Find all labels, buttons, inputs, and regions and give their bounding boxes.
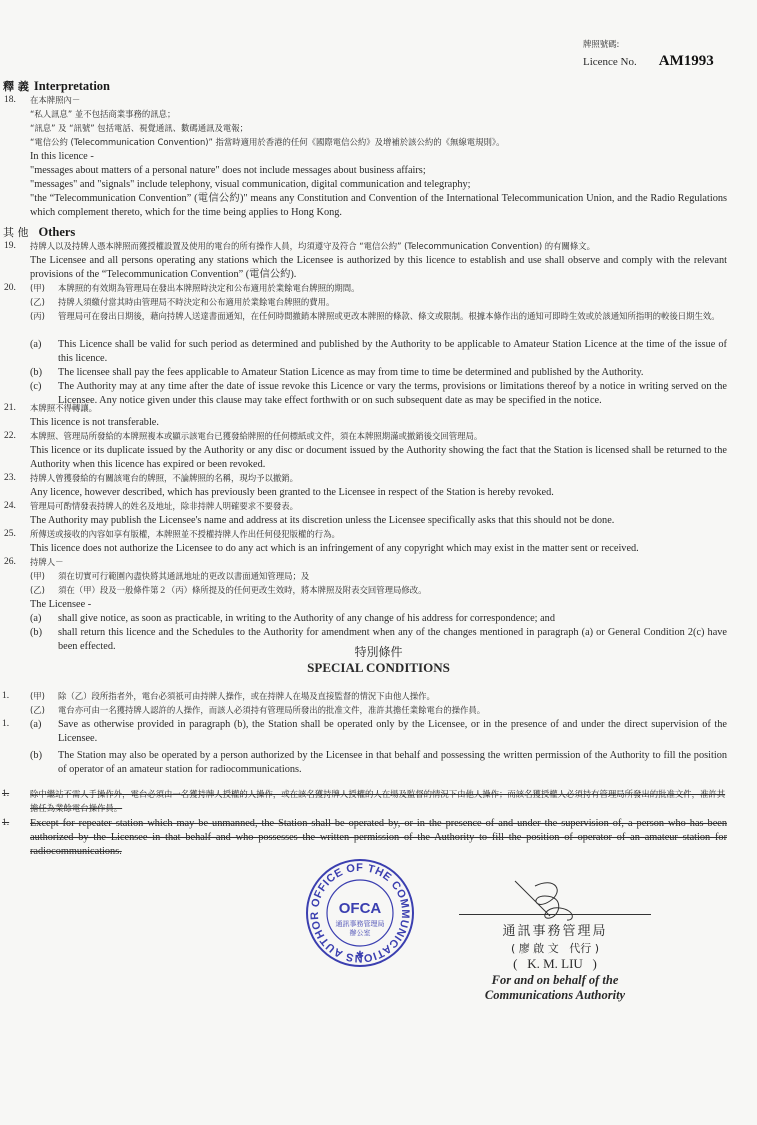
zh-text: 須在（甲）段及一般條件第２（丙）條所提及的任何更改生效時，將本牌照及附表交回管理… [58, 584, 427, 598]
zh-line: “私人訊息” 並不包括商業事務的訊息； [30, 108, 730, 122]
en-text: Save as otherwise provided in paragraph … [58, 718, 727, 746]
clause-number: 19. [4, 241, 16, 251]
label: (a) [30, 718, 41, 732]
heading-en: Interpretation [34, 79, 110, 93]
special-1-zh: (甲)除（乙）段所指者外，電台必須祇可由持牌人操作，或在持牌人在場及直接監督的情… [30, 690, 727, 718]
zh-text: 所傳送或接收的內容如享有版權，本牌照並不授權持牌人作出任何侵犯版權的行為。 [30, 528, 727, 542]
zh-line: 在本牌照內－ [30, 94, 730, 108]
special-1-en: (a)Save as otherwise provided in paragra… [30, 718, 727, 777]
label: (甲) [30, 690, 45, 704]
clause-number: 1. [2, 719, 9, 729]
zh-line: “訊息” 及 “訊號” 包括電話、視覺通訊、數碼通訊及電報； [30, 122, 730, 136]
en-line: "messages" and "signals" include telepho… [30, 178, 727, 192]
zh-text: 管理局可在發出日期後，藉向持牌人送達書面通知，在任何時間撤銷本牌照或更改本牌照的… [58, 310, 727, 324]
zh-text: 持牌人須繳付當其時由管理局不時決定和公布適用於業餘電台牌照的費用。 [58, 296, 334, 310]
signature-scribble [505, 876, 585, 926]
ofca-logo: OFCA [339, 900, 382, 917]
label: (b) [30, 366, 42, 380]
special-heading-zh: 特別條件 [0, 643, 757, 660]
label: (甲) [30, 282, 45, 296]
en-text: shall give notice, as soon as practicabl… [58, 612, 727, 626]
clause-24: 管理局可酌情發表持牌人的姓名及地址，除非持牌人明確要求不要發表。 The Aut… [30, 500, 727, 528]
struck-clause-number: 1. [2, 789, 28, 799]
zh-text: 電台亦可由一名獲持牌人認許的人操作，而該人必須持有管理局所發出的批准文件，准許其… [58, 704, 485, 718]
heading-zh: 釋 義 [3, 80, 29, 93]
heading-en: Others [39, 225, 76, 239]
zh-text: 管理局可酌情發表持牌人的姓名及地址，除非持牌人明確要求不要發表。 [30, 500, 727, 514]
authority-line: Communications Authority [455, 988, 655, 1003]
label: (c) [30, 380, 41, 394]
signatory-name-zh: ( 廖 啟 文 代行 ) [455, 940, 655, 956]
signatory-name-en: ( K. M. LIU ) [455, 956, 655, 972]
clause-21: 本牌照不得轉讓。 This licence is not transferabl… [30, 402, 727, 430]
clause-number: 1. [2, 691, 9, 701]
zh-text: 須在切實可行範圍內盡快將其通訊地址的更改以書面通知管理局；及 [58, 570, 309, 584]
stamp-zh-line: 通訊事務管理局 [336, 919, 385, 928]
clause-20: (甲)本牌照的有效期為管理局在發出本牌照時決定和公布適用於業餘電台牌照的期間。 … [30, 282, 727, 408]
en-intro: The Licensee - [30, 598, 727, 612]
clause-number: 22. [4, 431, 16, 441]
clause-number: 23. [4, 473, 16, 483]
behalf-line: For and on behalf of the [455, 973, 655, 988]
licence-page: 牌照號碼: Licence No.AM1993 釋 義Interpretatio… [0, 0, 757, 1125]
clause-22: 本牌照、管理局所發給的本牌照複本或顯示該電台已獲發給牌照的任何標紙或文件，須在本… [30, 430, 727, 472]
en-text: This licence or its duplicate issued by … [30, 444, 727, 472]
en-line: "the “Telecommunication Convention” (電信公… [30, 192, 727, 220]
interpretation-heading: 釋 義Interpretation [3, 78, 110, 94]
zh-text: 本牌照、管理局所發給的本牌照複本或顯示該電台已獲發給牌照的任何標紙或文件，須在本… [30, 430, 727, 444]
clause-23: 持牌人曾獲發給的有關該電台的牌照，不論牌照的名稱，現均予以撤銷。 Any lic… [30, 472, 727, 500]
label: (乙) [30, 584, 45, 598]
star-icon: ✱ [356, 950, 364, 961]
en-text: Any licence, however described, which ha… [30, 486, 727, 500]
label: (丙) [30, 310, 45, 324]
clause-19: 持牌人以及持牌人憑本牌照而獲授權設置及使用的電台的所有操作人員，均須遵守及符合 … [30, 240, 727, 282]
signature-line [459, 914, 651, 915]
licence-label-en: Licence No. [583, 56, 637, 68]
label: (乙) [30, 704, 45, 718]
label: (乙) [30, 296, 45, 310]
en-text: The Station may also be operated by a pe… [58, 749, 727, 777]
special-heading-en: SPECIAL CONDITIONS [0, 660, 757, 676]
interpretation-zh: 在本牌照內－ “私人訊息” 並不包括商業事務的訊息； “訊息” 及 “訊號” 包… [30, 94, 730, 150]
zh-text: 本牌照的有效期為管理局在發出本牌照時決定和公布適用於業餘電台牌照的期間。 [58, 282, 360, 296]
zh-line: “電信公約 (Telecommunication Convention)” 指當… [30, 136, 730, 150]
zh-text: 持牌人以及持牌人憑本牌照而獲授權設置及使用的電台的所有操作人員，均須遵守及符合 … [30, 240, 727, 254]
label: (a) [30, 612, 41, 626]
label: (b) [30, 749, 42, 763]
en-line: "messages about matters of a personal na… [30, 164, 727, 178]
interpretation-en: In this licence - "messages about matter… [30, 150, 727, 220]
clause-number: 24. [4, 501, 16, 511]
struck-clause-number: 1. [2, 818, 28, 828]
struck-condition-zh: 除中繼站不需人手操作外，電台必須由一名獲持牌人授權的人操作，或在該名獲持牌人授權… [30, 787, 727, 815]
others-heading: 其 他Others [3, 224, 75, 240]
zh-text: 除（乙）段所指者外，電台必須祇可由持牌人操作，或在持牌人在場及直接監督的情況下由… [58, 690, 435, 704]
clause-number: 18. [4, 95, 16, 105]
en-line: In this licence - [30, 150, 727, 164]
en-text: This licence does not authorize the Lice… [30, 542, 727, 556]
office-name-zh: 通訊事務管理局 [455, 920, 655, 939]
clause-number: 20. [4, 283, 16, 293]
ofca-seal-stamp: OFFICE OF THE COMMUNICATIONS AUTHORITY O… [305, 858, 415, 968]
licence-number-box: 牌照號碼: Licence No.AM1993 [583, 36, 714, 71]
heading-zh: 其 他 [3, 226, 29, 239]
zh-text: 本牌照不得轉讓。 [30, 402, 727, 416]
en-text: This Licence shall be valid for such per… [58, 338, 727, 366]
licence-label-zh: 牌照號碼: [583, 36, 714, 53]
en-text: The Authority may publish the Licensee's… [30, 514, 727, 528]
en-text: The Licensee and all persons operating a… [30, 254, 727, 282]
label: (b) [30, 626, 42, 640]
zh-intro: 持牌人－ [30, 556, 727, 570]
clause-25: 所傳送或接收的內容如享有版權，本牌照並不授權持牌人作出任何侵犯版權的行為。 Th… [30, 528, 727, 556]
en-text: This licence is not transferable. [30, 416, 727, 430]
clause-number: 21. [4, 403, 16, 413]
licence-number: AM1993 [659, 53, 714, 69]
label: (a) [30, 338, 41, 352]
zh-text: 持牌人曾獲發給的有關該電台的牌照，不論牌照的名稱，現均予以撤銷。 [30, 472, 727, 486]
en-text: The licensee shall pay the fees applicab… [58, 366, 727, 380]
struck-condition-en: Except for repeater station which may be… [30, 817, 727, 859]
label: (甲) [30, 570, 45, 584]
clause-26: 持牌人－ (甲)須在切實可行範圍內盡快將其通訊地址的更改以書面通知管理局；及 (… [30, 556, 727, 654]
stamp-zh-line: 辦公室 [350, 928, 371, 937]
clause-number: 25. [4, 529, 16, 539]
clause-number: 26. [4, 557, 16, 567]
